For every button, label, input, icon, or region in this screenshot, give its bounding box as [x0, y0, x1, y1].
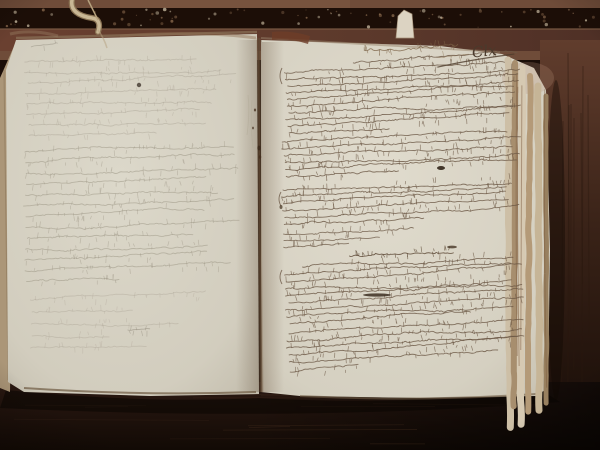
manuscript-photo-canvas: Clx	[0, 0, 600, 450]
photo-manuscript-on-table: Clx	[0, 0, 600, 450]
photo-vignette	[0, 0, 600, 450]
